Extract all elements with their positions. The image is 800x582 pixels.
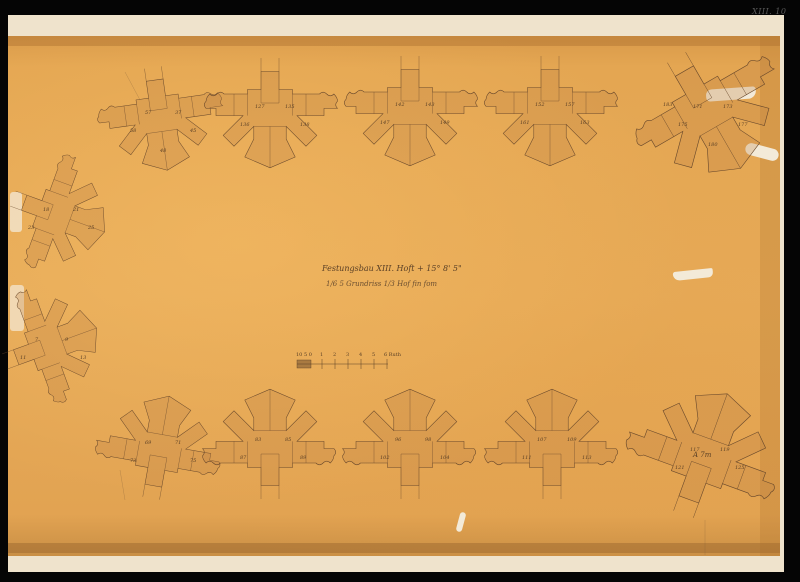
room-number-label: 58 — [130, 128, 136, 134]
plan-top-3 — [344, 56, 477, 166]
room-number-label: 25 — [88, 225, 94, 231]
room-number-label: 107 — [537, 437, 547, 443]
room-number-label: 48 — [160, 148, 166, 154]
room-number-label: 157 — [565, 102, 575, 108]
room-number-label: 143 — [425, 102, 435, 108]
scale-tick-label: 4 — [359, 352, 362, 358]
room-number-label: 45 — [190, 128, 196, 134]
room-number-label: 73 — [130, 458, 136, 464]
room-number-label: 147 — [380, 120, 390, 126]
scale-tick-label: 1 — [320, 352, 323, 358]
room-number-label: 7 — [35, 337, 38, 343]
room-number-label: 175 — [678, 122, 688, 128]
room-number-label: 127 — [255, 104, 265, 110]
room-number-label: 57 — [145, 110, 151, 116]
room-number-label: 171 — [693, 104, 703, 110]
room-number-label: 104 — [440, 455, 450, 461]
room-number-label: 23 — [28, 225, 34, 231]
plan-left-2 — [0, 272, 117, 417]
plan-note: A 7m — [693, 451, 711, 459]
plan-top-4 — [484, 56, 617, 166]
inscription-subtitle: 1/6 5 Grundriss 1/3 Hof fin fom — [326, 280, 437, 288]
room-number-label: 152 — [535, 102, 545, 108]
room-number-label: 125 — [735, 465, 745, 471]
plan-bottom-2 — [203, 389, 336, 499]
plan-bottom-4 — [485, 389, 618, 499]
plan-top-5 — [610, 18, 800, 207]
room-number-label: 98 — [425, 437, 431, 443]
inscription-title: Festungsbau XIII. Hoft + 15° 8' 5" — [322, 264, 462, 273]
room-number-label: 75 — [190, 458, 196, 464]
room-number-label: 138 — [300, 122, 310, 128]
room-number-label: 89 — [300, 455, 306, 461]
room-number-label: 37 — [175, 110, 181, 116]
room-number-label: 173 — [723, 104, 733, 110]
room-number-label: 135 — [285, 104, 295, 110]
scale-tick-label: 3 — [346, 352, 349, 358]
floor-plans — [0, 0, 800, 582]
room-number-label: 13 — [80, 355, 86, 361]
room-number-label: 83 — [255, 437, 261, 443]
room-number-label: 183 — [663, 102, 673, 108]
plan-bottom-3 — [343, 389, 476, 499]
room-number-label: 69 — [145, 440, 151, 446]
room-number-label: 119 — [720, 447, 730, 453]
room-number-label: 102 — [380, 455, 390, 461]
room-number-label: 161 — [520, 120, 530, 126]
scale-tick-label: 2 — [333, 352, 336, 358]
plan-top-2 — [204, 58, 337, 168]
room-number-label: 21 — [73, 207, 79, 213]
room-number-label: 177 — [738, 122, 748, 128]
room-number-label: 180 — [708, 142, 718, 148]
scale-label-start: 10 5 0 — [296, 352, 312, 358]
scale-bar — [297, 359, 388, 369]
room-number-label: 163 — [580, 120, 590, 126]
room-number-label: 71 — [175, 440, 181, 446]
room-number-label: 136 — [240, 122, 250, 128]
plan-top-1 — [91, 59, 230, 179]
room-number-label: 85 — [285, 437, 291, 443]
plan-bottom-1 — [88, 385, 230, 509]
scale-label-end: 6 Ruth — [384, 352, 401, 358]
room-number-label: 11 — [20, 355, 26, 361]
plan-left-1 — [0, 142, 125, 287]
room-number-label: 87 — [240, 455, 246, 461]
room-number-label: 109 — [567, 437, 577, 443]
room-number-label: 18 — [43, 207, 49, 213]
room-number-label: 111 — [522, 455, 532, 461]
room-number-label: 9 — [65, 337, 68, 343]
room-number-label: 113 — [582, 455, 592, 461]
room-number-label: 96 — [395, 437, 401, 443]
room-number-label: 142 — [395, 102, 405, 108]
scale-tick-label: 5 — [372, 352, 375, 358]
room-number-label: 121 — [675, 465, 685, 471]
room-number-label: 149 — [440, 120, 450, 126]
